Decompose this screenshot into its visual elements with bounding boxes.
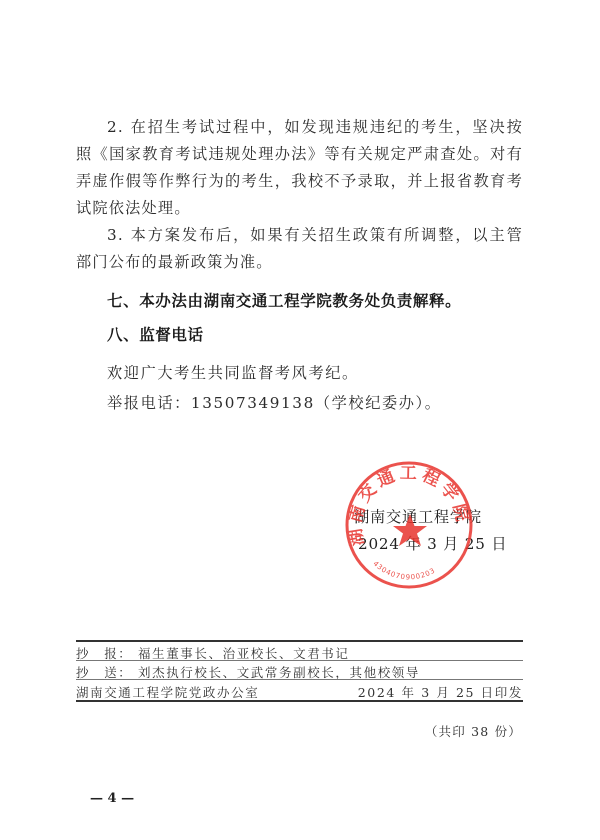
report-phone-text: 举报电话：13507349138（学校纪委办）。 xyxy=(107,392,442,413)
issue-date: 2024 年 3 月 25 日印发 xyxy=(358,683,523,701)
official-seal-icon: 湖南交通工程学院 4304070900203 xyxy=(344,460,474,590)
divider-top xyxy=(76,640,523,642)
copy-report-recipients: 福生董事长、治亚校长、文君书记 xyxy=(138,646,350,661)
svg-text:4304070900203: 4304070900203 xyxy=(371,560,436,582)
issuer-office: 湖南交通工程学院党政办公室 xyxy=(76,685,259,700)
divider-bottom xyxy=(76,700,523,702)
page-number: — 4 — xyxy=(90,791,134,806)
divider-mid-2 xyxy=(76,679,523,680)
section-7-heading: 七、本办法由湖南交通工程学院教务处负责解释。 xyxy=(107,289,461,311)
copy-send-recipients: 刘杰执行校长、文武常务副校长，其他校领导 xyxy=(138,665,420,680)
divider-mid-1 xyxy=(76,660,523,661)
section-8-heading: 八、监督电话 xyxy=(107,323,204,345)
issuer-row: 湖南交通工程学院党政办公室 2024 年 3 月 25 日印发 xyxy=(76,683,523,701)
print-copies: （共印 38 份） xyxy=(425,722,522,740)
paragraph-violation-handling: 2. 在招生考试过程中，如发现违规违纪的考生，坚决按照《国家教育考试违规处理办法… xyxy=(76,114,523,222)
welcome-text: 欢迎广大考生共同监督考风考纪。 xyxy=(107,362,359,383)
paragraph-policy-adjustment: 3. 本方案发布后，如果有关招生政策有所调整，以主管部门公布的最新政策为准。 xyxy=(76,222,523,276)
